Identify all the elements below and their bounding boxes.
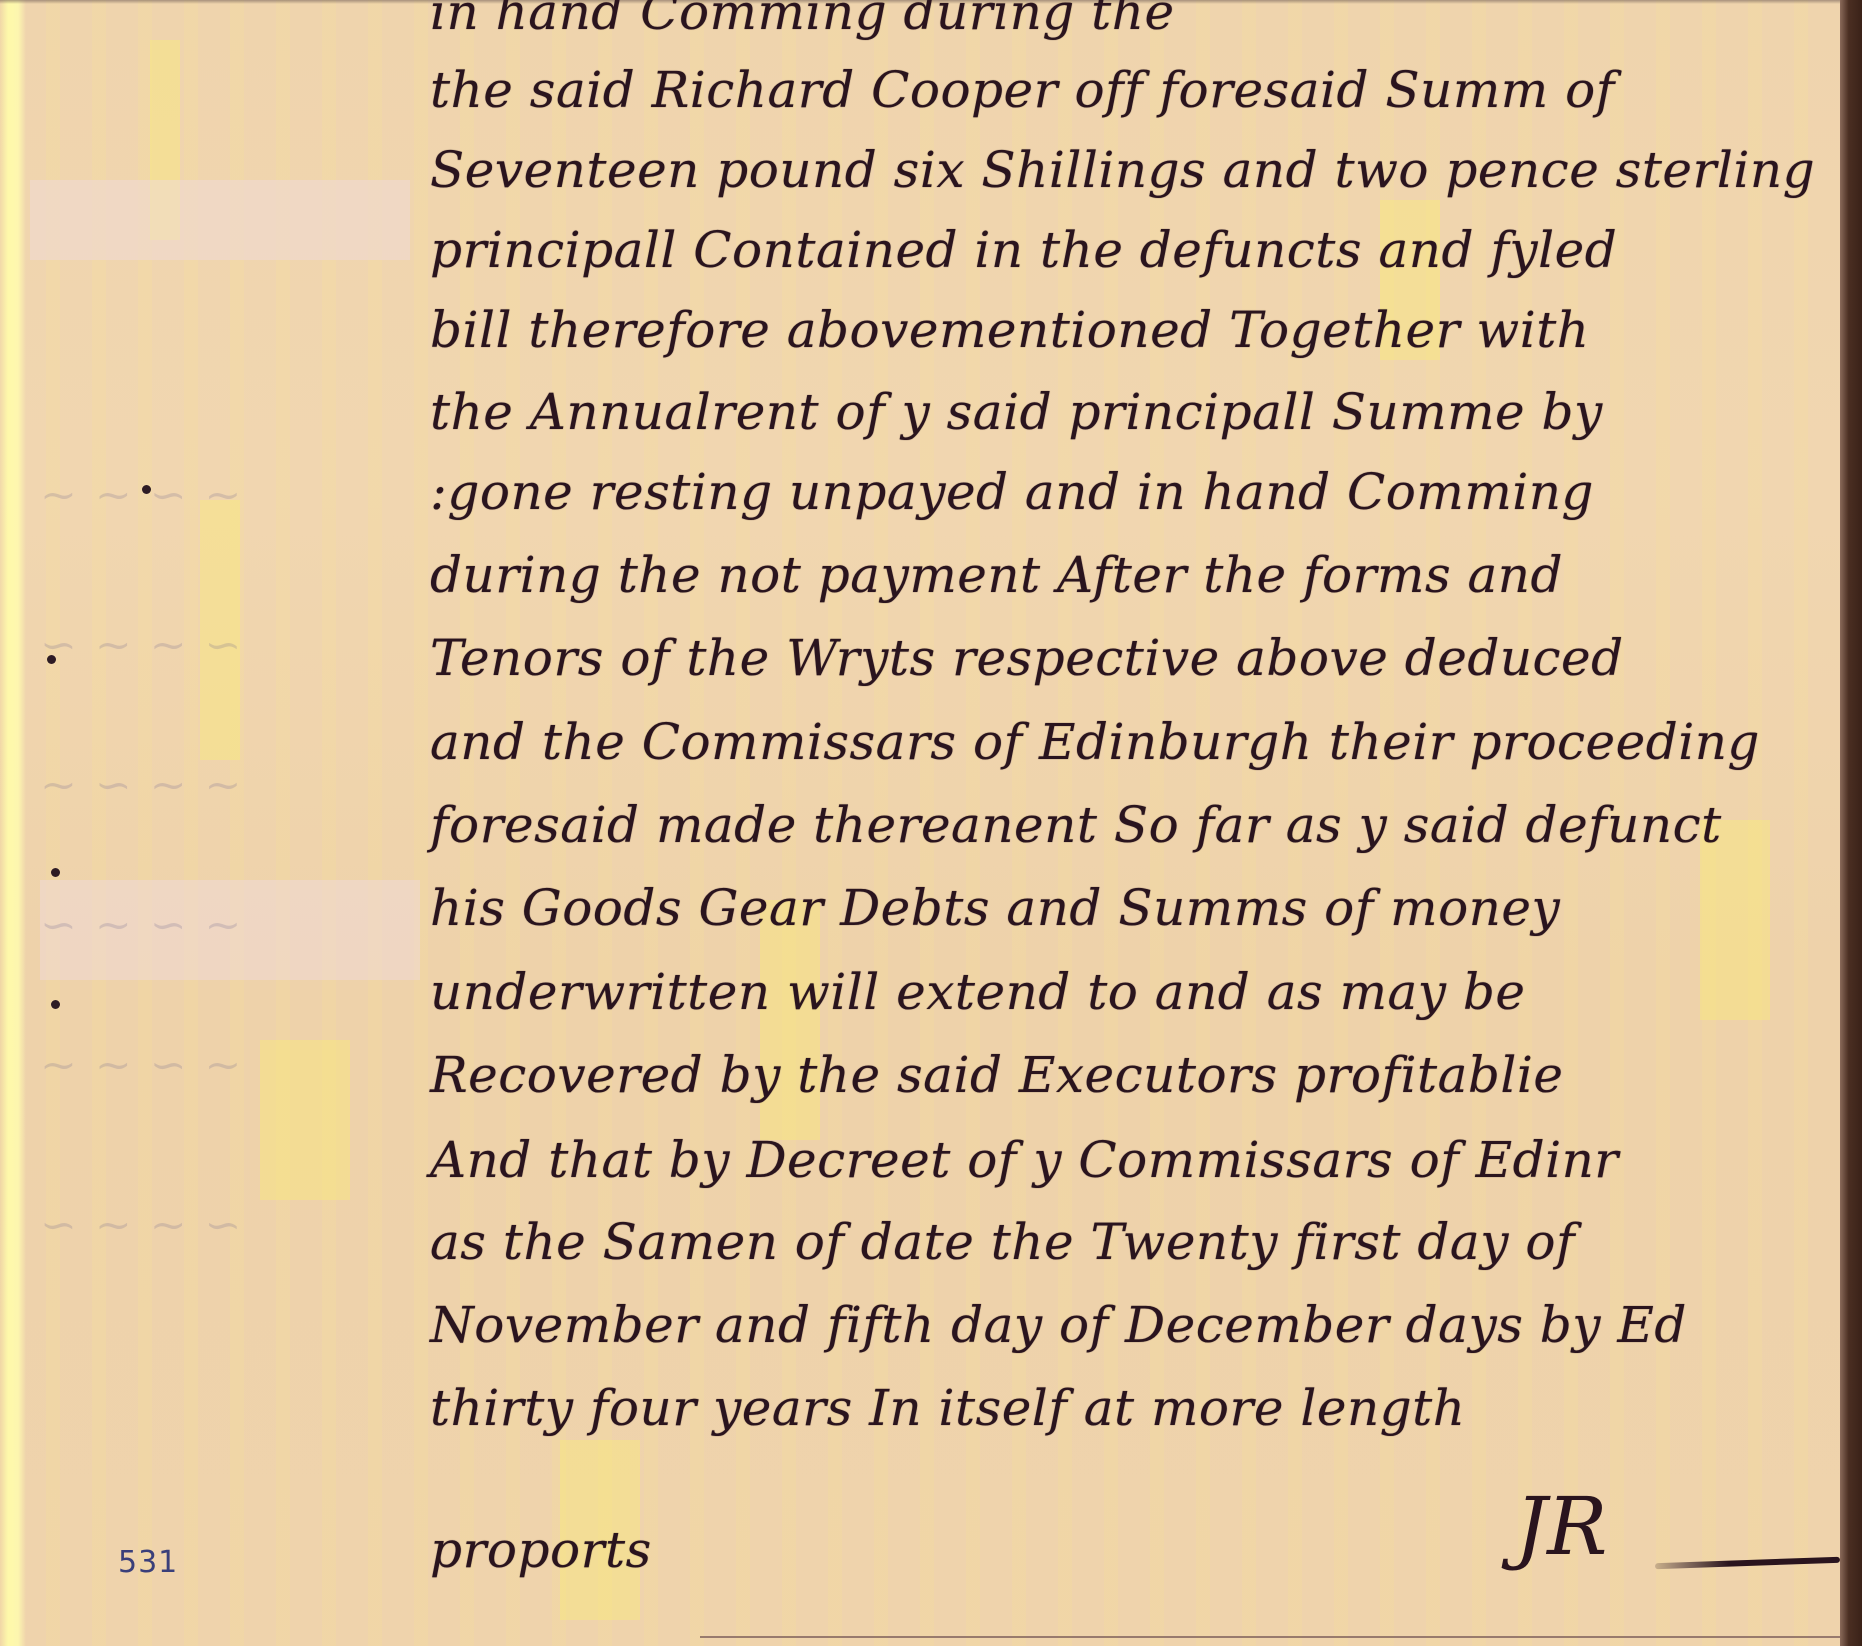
page-number: 531: [118, 1545, 178, 1580]
manuscript-line: And that by Decreet of y Commissars of E…: [430, 1130, 1826, 1190]
ink-spot: [47, 655, 56, 664]
manuscript-line: principall Contained in the defuncts and…: [430, 220, 1826, 280]
bleed-through-text: ∽ ~ ∽ ~: [40, 903, 420, 949]
paper-stain: [30, 180, 410, 260]
manuscript-line: thirty four years In itself at more leng…: [430, 1378, 1826, 1438]
manuscript-line: November and fifth day of December days …: [430, 1295, 1826, 1355]
manuscript-line: Seventeen pound six Shillings and two pe…: [430, 140, 1826, 200]
manuscript-page: ~ ~ ∽ ~ ∽ ~ ~ ∽ ~ ∽ ~ ~ ∽ ~ ∽ ~ ~ ~ ∽ ~ …: [0, 0, 1862, 1646]
ink-spot: [51, 1000, 60, 1009]
manuscript-line: his Goods Gear Debts and Summs of money: [430, 878, 1826, 938]
manuscript-line: proports: [430, 1520, 1826, 1580]
manuscript-line: as the Samen of date the Twenty first da…: [430, 1212, 1826, 1272]
ink-spot: [142, 485, 151, 494]
signature-initials: JR: [1515, 1480, 1607, 1573]
manuscript-line: Recovered by the said Executors profitab…: [430, 1045, 1826, 1105]
bleed-through-text: ~ ~ ∽ ~: [40, 1043, 420, 1089]
bottom-edge-rule: [700, 1636, 1840, 1638]
manuscript-line: foresaid made thereanent So far as y sai…: [430, 795, 1826, 855]
bleed-through-text: ∽ ~ ~ ∽: [40, 623, 420, 669]
manuscript-line: in hand Comming during the: [430, 0, 1826, 42]
manuscript-line: and the Commissars of Edinburgh their pr…: [430, 712, 1826, 772]
bleed-through-text: ~ ∽ ~ ~: [40, 763, 420, 809]
manuscript-line: during the not payment After the forms a…: [430, 545, 1826, 605]
manuscript-line: underwritten will extend to and as may b…: [430, 962, 1826, 1022]
page-binding-edge: [1840, 0, 1862, 1646]
manuscript-line: the said Richard Cooper off foresaid Sum…: [430, 60, 1826, 120]
manuscript-line: Tenors of the Wryts respective above ded…: [430, 628, 1826, 688]
bleed-through-text: ~ ~ ∽ ~: [40, 473, 420, 519]
bleed-through-text: ∽ ~ ~ ∽: [40, 1203, 420, 1249]
manuscript-line: :gone resting unpayed and in hand Commin…: [430, 462, 1826, 522]
ink-spot: [51, 868, 60, 877]
manuscript-line: bill therefore abovementioned Together w…: [430, 300, 1826, 360]
manuscript-line: the Annualrent of y said principall Summ…: [430, 382, 1826, 442]
